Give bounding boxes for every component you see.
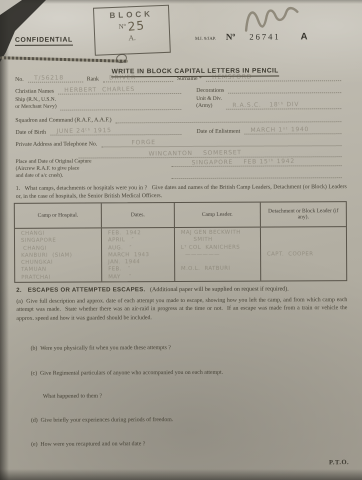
christian-names-value: HERBERT CHARLES xyxy=(64,85,135,93)
capture-line-2 xyxy=(172,169,342,179)
header-camp-or-hospital: Camp or Hospital. xyxy=(15,203,101,227)
column-camps: CHANGI SINGAPORE CHANGI KANBURI (SIAM) C… xyxy=(15,228,101,282)
ship-line xyxy=(61,101,182,111)
block-leader-entry xyxy=(267,273,346,281)
question-2-title-note: (Additional paper will be supplied on re… xyxy=(145,286,288,293)
no-label: No. xyxy=(15,77,24,83)
question-2-title: 2. ESCAPES OR ATTEMPTED ESCAPES. xyxy=(16,287,145,294)
address-line-1: FORGE xyxy=(101,137,341,147)
leader-entry xyxy=(181,273,260,281)
field-row-1: No. T/56218 Rank DRIVER Surname * HEMSFO… xyxy=(15,72,345,83)
question-2b: (b) Were you physically fit when you mad… xyxy=(31,343,348,353)
column-block-leaders: CAPT. COOPER xyxy=(260,227,346,281)
capture-label: Place and Date of Original Capture (Airc… xyxy=(16,158,168,180)
field-row-4: Squadron and Command (R.A.F., A.A.F.) xyxy=(15,113,345,124)
address-label: Private Address and Telephone No. xyxy=(15,141,97,147)
surname-value: HEMSFORD xyxy=(212,73,252,81)
camps-table-body: CHANGI SINGAPORE CHANGI KANBURI (SIAM) C… xyxy=(15,227,346,282)
header-camp-leader: Camp Leader. xyxy=(174,203,260,227)
capture-line-1: SINGAPORE FEB 15ᵗʰ 1942 xyxy=(172,157,342,167)
column-dates: FEB. 1942 APRIL ″ AUG. ″ MARCH 1943 JAN.… xyxy=(101,228,174,281)
question-2e: (e) How were you recaptured and on what … xyxy=(31,439,348,449)
christian-names-line: HERBERT CHARLES xyxy=(58,85,181,95)
date-entry: MAY ″ xyxy=(108,274,174,282)
ship-label: Ship (R.N., U.S.N. or Merchant Navy) xyxy=(15,97,56,111)
capture-lines: SINGAPORE FEB 15ᵗʰ 1942 xyxy=(168,157,346,179)
field-row-2: Christian Names HERBERT CHARLES Decorati… xyxy=(15,84,345,95)
address-value-2: WINCANTON SOMERSET xyxy=(148,149,241,157)
christian-names-label: Christian Names xyxy=(15,89,54,95)
ship-group: Ship (R.N., U.S.N. or Merchant Navy) xyxy=(15,96,185,111)
dob-label: Date of Birth xyxy=(15,130,46,136)
header-detachment-leader: Detachment or Block Leader (if any). xyxy=(260,202,346,226)
address-value-1: FORGE xyxy=(131,139,155,146)
pto-label: P.T.O. xyxy=(329,459,349,466)
christian-names-group: Christian Names HERBERT CHARLES xyxy=(15,85,185,95)
capture-value: SINGAPORE FEB 15ᵗʰ 1942 xyxy=(192,157,295,166)
camps-table: Camp or Hospital. Dates. Camp Leader. De… xyxy=(14,201,347,283)
unit-line: R.A.S.C. 18ᵗʰ DIV xyxy=(226,100,341,110)
column-camp-leaders: MAJ GEN BECKWITH SMITH Lᵀ COL KANICHERS … xyxy=(174,228,260,282)
squadron-line xyxy=(116,113,342,123)
capture-line-2-wrap xyxy=(168,169,346,179)
camp-entry: PRATCHAI xyxy=(21,274,101,282)
scanned-form-page: BLOCK Nº 25 A. CONFIDENTIAL M.I. 9/JAP. … xyxy=(0,0,362,480)
field-row-6: Private Address and Telephone No. FORGE xyxy=(15,137,345,148)
form-number-label: Nº xyxy=(226,32,236,42)
surname-line: HEMSFORD xyxy=(206,72,341,82)
enlistment-value: MARCH 1ˢᵗ 1940 xyxy=(250,126,309,134)
field-row-7: Place and Date of Original Capture (Airc… xyxy=(16,157,346,180)
surname-label: Surname * xyxy=(177,76,202,82)
unit-value: R.A.S.C. 18ᵗʰ DIV xyxy=(232,101,299,109)
squadron-label: Squadron and Command (R.A.F., A.A.F.) xyxy=(15,117,111,124)
dob-group: Date of Birth JUNE 24ᵗʰ 1915 xyxy=(15,126,185,136)
form-content: BLOCK Nº 25 A. CONFIDENTIAL M.I. 9/JAP. … xyxy=(0,0,362,480)
no-line: T/56218 xyxy=(28,74,83,83)
decorations-line xyxy=(228,84,341,94)
stamp-no-prefix: Nº xyxy=(118,22,126,30)
field-row-3: Ship (R.N., U.S.N. or Merchant Navy) Uni… xyxy=(15,95,345,111)
unit-label: Unit & Div. (Army) xyxy=(196,96,222,110)
form-number-suffix: A xyxy=(301,31,308,42)
confidential-label: CONFIDENTIAL xyxy=(15,37,73,46)
question-2c-followup: What happened to them ? xyxy=(43,391,348,401)
form-reference: M.I. 9/JAP. Nº 26741 A xyxy=(195,31,345,43)
rank-label: Rank xyxy=(87,76,99,82)
question-2-heading: 2. ESCAPES OR ATTEMPTED ESCAPES. (Additi… xyxy=(16,286,347,294)
stamp-a-letter: A. xyxy=(95,32,169,44)
rank-value: DRIVER xyxy=(109,74,136,81)
enlistment-group: Date of Enlistment MARCH 1ˢᵗ 1940 xyxy=(185,125,345,135)
no-value: T/56218 xyxy=(34,74,64,81)
rank-line: DRIVER xyxy=(103,73,173,82)
enlistment-label: Date of Enlistment xyxy=(196,129,240,135)
capture-line-1-wrap: SINGAPORE FEB 15ᵗʰ 1942 xyxy=(168,157,346,167)
unit-group: Unit & Div. (Army) R.A.S.C. 18ᵗʰ DIV xyxy=(185,95,345,110)
question-2c: (c) Give Regimental particulars of anyon… xyxy=(31,368,348,378)
decorations-label: Decorations xyxy=(196,88,224,94)
question-2a: (a) Give full description and approx. da… xyxy=(16,296,347,323)
camps-table-header: Camp or Hospital. Dates. Camp Leader. De… xyxy=(15,202,346,229)
header-dates: Dates. xyxy=(101,203,174,227)
form-number-value: 26741 xyxy=(249,31,280,41)
enlistment-line: MARCH 1ˢᵗ 1940 xyxy=(244,125,341,135)
field-row-5: Date of Birth JUNE 24ᵗʰ 1915 Date of Enl… xyxy=(15,125,345,136)
form-ref-code: M.I. 9/JAP. xyxy=(195,36,216,41)
decorations-group: Decorations xyxy=(185,84,345,94)
block-number-stamp: BLOCK Nº 25 A. xyxy=(93,5,171,56)
dob-line: JUNE 24ᵗʰ 1915 xyxy=(50,126,181,136)
dob-value: JUNE 24ᵗʰ 1915 xyxy=(56,127,111,135)
pencil-initials-mark xyxy=(237,1,309,33)
question-2d: (d) Give briefly your experiences during… xyxy=(31,415,348,425)
question-1-text: 1. What camps, detachments or hospitals … xyxy=(16,183,347,201)
stamp-no-value-handwritten: 25 xyxy=(127,18,146,34)
